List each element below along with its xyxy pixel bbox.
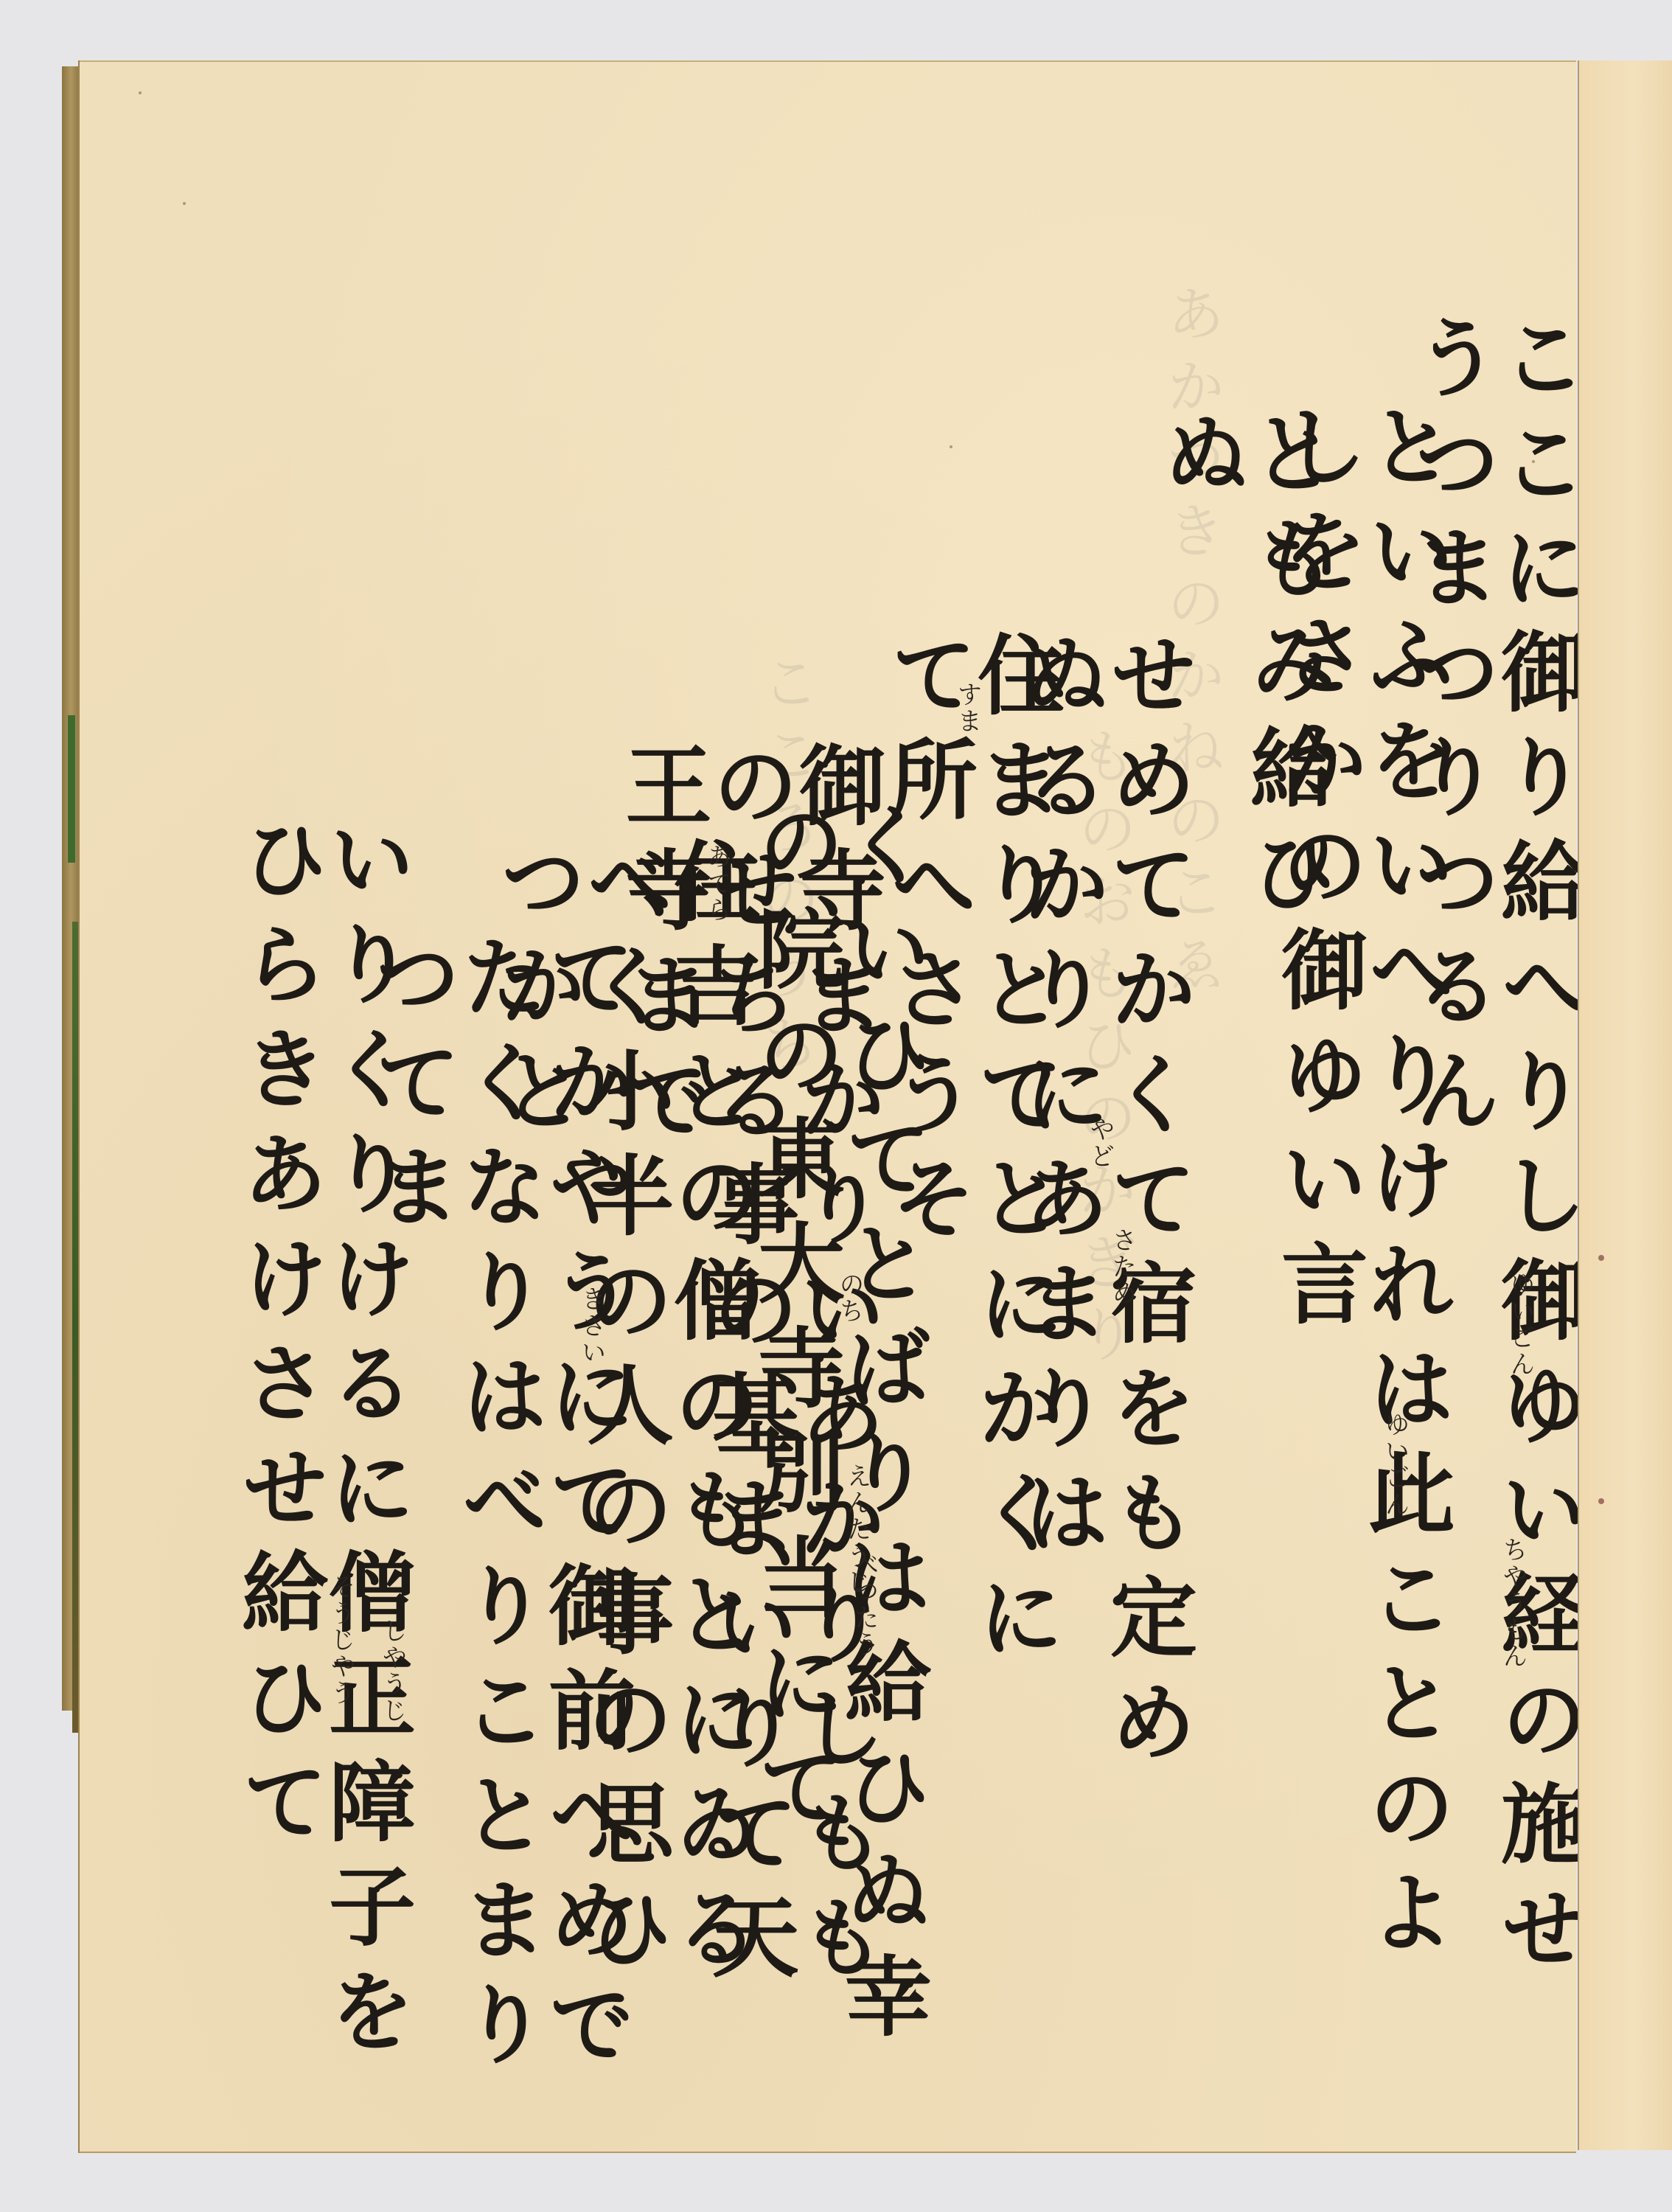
- binding-hole: [1598, 1255, 1604, 1261]
- furigana: のち: [832, 1271, 868, 1324]
- furigana: やど: [1082, 1116, 1118, 1169]
- furigana: さため: [1104, 1227, 1140, 1307]
- paper-speck: [1532, 460, 1535, 463]
- text-column-10: いりくりけるに僧正障子をひらきあけさせ給ひて: [234, 814, 408, 2112]
- furigana: しやうじ: [375, 1618, 411, 1724]
- facing-page-edge: [1579, 60, 1672, 2150]
- manuscript-page: あかつきのかねのこゑ ものおもひのかぎり こころのうち ここに御り給へりし御ゆい…: [80, 60, 1576, 2153]
- furigana: あてら: [699, 844, 735, 923]
- furigana: べつたう: [846, 1551, 882, 1658]
- paper-speck: [183, 202, 186, 205]
- furigana: ちやうもん: [1495, 1537, 1531, 1669]
- binding-hole: [1598, 1498, 1604, 1504]
- paper-speck: [139, 91, 142, 94]
- furigana: ゆいごん: [1502, 1271, 1539, 1377]
- furigana: そうじやう: [323, 1573, 359, 1706]
- furigana: ゆいごん: [1377, 1411, 1413, 1517]
- furigana: きさい: [574, 1286, 610, 1366]
- binding-cover-edge: [68, 715, 75, 863]
- paper-speck: [950, 445, 952, 448]
- furigana: すま: [950, 681, 986, 734]
- binding-cover-edge-lower: [72, 922, 78, 1733]
